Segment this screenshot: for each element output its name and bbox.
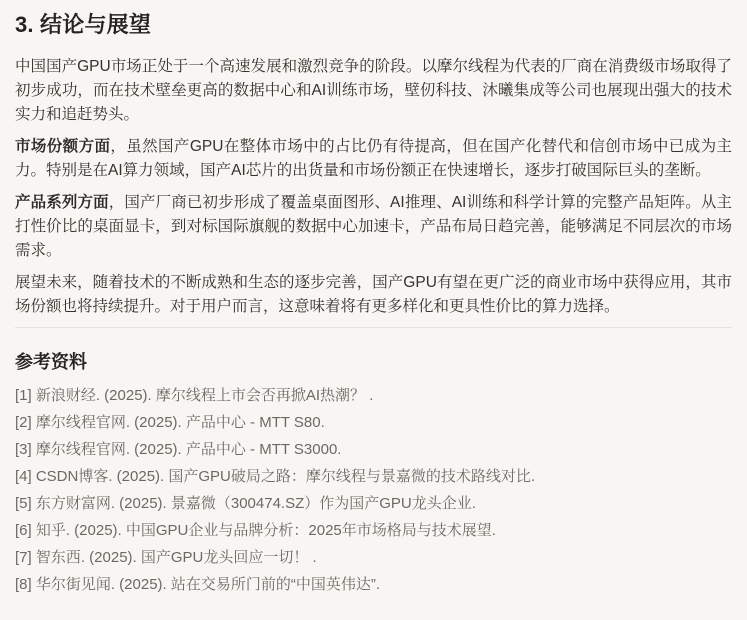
reference-item-1: [1] 新浪财经. (2025). 摩尔线程上市会否再掀AI热潮？ . xyxy=(15,382,732,409)
reference-item-3: [3] 摩尔线程官网. (2025). 产品中心 - MTT S3000. xyxy=(15,436,732,463)
paragraph-market-share-text: ，虽然国产GPU在整体市场中的占比仍有待提高，但在国产化替代和信创市场中已成为主… xyxy=(15,138,732,179)
reference-item-6: [6] 知乎. (2025). 中国GPU企业与品牌分析：2025年市场格局与技… xyxy=(15,517,732,544)
paragraph-market-share: 市场份额方面，虽然国产GPU在整体市场中的占比仍有待提高，但在国产化替代和信创市… xyxy=(15,135,732,183)
paragraph-product-series-lead: 产品系列方面 xyxy=(15,194,109,211)
references-list: [1] 新浪财经. (2025). 摩尔线程上市会否再掀AI热潮？ . [2] … xyxy=(15,382,732,598)
paragraph-outlook-text: 展望未来，随着技术的不断成熟和生态的逐步完善，国产GPU有望在更广泛的商业市场中… xyxy=(15,274,732,315)
paragraph-intro-text: 中国国产GPU市场正处于一个高速发展和激烈竞争的阶段。以摩尔线程为代表的厂商在消… xyxy=(15,58,732,123)
document-page: 3. 结论与展望 中国国产GPU市场正处于一个高速发展和激烈竞争的阶段。以摩尔线… xyxy=(0,0,747,620)
section-divider xyxy=(15,327,732,328)
paragraph-product-series: 产品系列方面，国产厂商已初步形成了覆盖桌面图形、AI推理、AI训练和科学计算的完… xyxy=(15,191,732,263)
reference-item-8: [8] 华尔街见闻. (2025). 站在交易所门前的“中国英伟达”. xyxy=(15,571,732,598)
reference-item-2: [2] 摩尔线程官网. (2025). 产品中心 - MTT S80. xyxy=(15,409,732,436)
paragraph-intro: 中国国产GPU市场正处于一个高速发展和激烈竞争的阶段。以摩尔线程为代表的厂商在消… xyxy=(15,55,732,127)
references-heading: 参考资料 xyxy=(15,350,732,374)
paragraph-product-series-text: ，国产厂商已初步形成了覆盖桌面图形、AI推理、AI训练和科学计算的完整产品矩阵。… xyxy=(15,194,732,259)
section-heading: 3. 结论与展望 xyxy=(15,12,732,38)
reference-item-7: [7] 智东西. (2025). 国产GPU龙头回应一切！ . xyxy=(15,544,732,571)
reference-item-4: [4] CSDN博客. (2025). 国产GPU破局之路：摩尔线程与景嘉微的技… xyxy=(15,463,732,490)
paragraph-market-share-lead: 市场份额方面 xyxy=(15,138,110,155)
paragraph-outlook: 展望未来，随着技术的不断成熟和生态的逐步完善，国产GPU有望在更广泛的商业市场中… xyxy=(15,271,732,319)
reference-item-5: [5] 东方财富网. (2025). 景嘉微（300474.SZ）作为国产GPU… xyxy=(15,490,732,517)
